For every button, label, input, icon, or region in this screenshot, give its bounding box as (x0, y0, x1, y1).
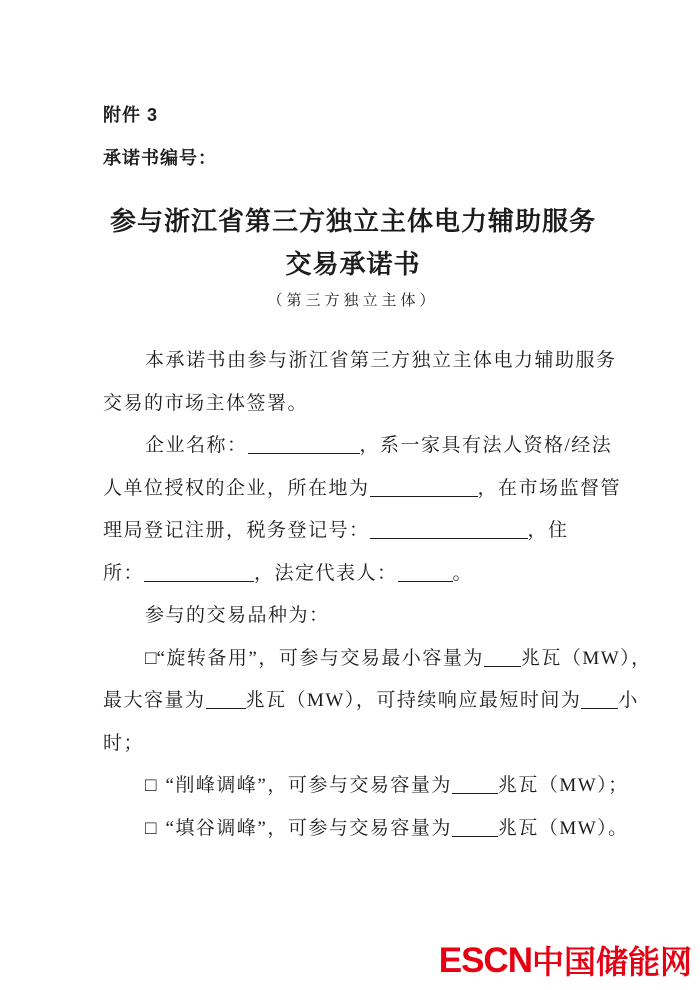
option-valley-filling-line: □“填谷调峰”，可参与交易容量为兆瓦（MW）。 (103, 808, 603, 851)
escn-logo-cjk: 中国储能网 (532, 944, 692, 980)
escn-logo-latin: ESCN (439, 941, 532, 980)
document-title-line1: 参与浙江省第三方独立主体电力辅助服务 (103, 200, 603, 243)
spinning-reserve-checkbox-icon: □ (145, 648, 156, 669)
escn-logo: ESCN中国储能网 (439, 943, 692, 978)
company-name-line: 企业名称：，系一家具有法人资格/经法 (103, 425, 603, 468)
document-content: 附件 3 承诺书编号： 参与浙江省第三方独立主体电力辅助服务 交易承诺书 （第三… (103, 0, 603, 850)
residence-blank (144, 580, 254, 582)
option-peak-shaving-line: □“削峰调峰”，可参与交易容量为兆瓦（MW）； (103, 765, 603, 808)
tax-id-label: 理局登记注册，税务登记号： (103, 520, 370, 541)
spinning-duration-blank (581, 707, 618, 709)
spinning-max-capacity-label: 最大容量为 (103, 690, 206, 711)
legal-representative-line: 所：，法定代表人：。 (103, 553, 603, 596)
company-name-blank (248, 452, 360, 454)
attachment-label: 附件 3 (103, 94, 603, 137)
legal-representative-blank (398, 580, 453, 582)
spinning-min-capacity-blank (484, 665, 521, 667)
document-title: 参与浙江省第三方独立主体电力辅助服务 交易承诺书 (103, 200, 603, 286)
peak-shaving-checkbox-icon: □ (145, 775, 156, 796)
document-subtitle: （第三方独立主体） (103, 286, 603, 316)
tax-id-blank (370, 537, 528, 539)
peak-shaving-text: “削峰调峰”，可参与交易容量为 (165, 775, 451, 796)
registration-text: ，在市场监督管 (478, 478, 622, 499)
valley-filling-capacity-blank (452, 835, 498, 837)
legal-representative-label: ，法定代表人： (254, 563, 398, 584)
valley-filling-text: “填谷调峰”，可参与交易容量为 (165, 818, 451, 839)
spinning-reserve-text: “旋转备用”，可参与交易最小容量为 (156, 648, 483, 669)
location-label: 人单位授权的企业，所在地为 (103, 478, 370, 499)
residence-text-start: ，住 (528, 520, 569, 541)
company-name-label: 企业名称： (145, 435, 248, 456)
spinning-hour-text: 小 (618, 690, 639, 711)
valley-filling-mw-text: 兆瓦（MW）。 (498, 818, 629, 839)
intro-line2: 交易的市场主体签署。 (103, 383, 603, 426)
doc-number-label: 承诺书编号： (103, 137, 603, 180)
valley-filling-checkbox-icon: □ (145, 818, 156, 839)
spinning-duration-text: 兆瓦（MW），可持续响应最短时间为 (246, 690, 582, 711)
peak-shaving-capacity-blank (452, 792, 498, 794)
document-body: 本承诺书由参与浙江省第三方独立主体电力辅助服务 交易的市场主体签署。 企业名称：… (103, 340, 603, 850)
spinning-mw-text1: 兆瓦（MW）， (521, 648, 652, 669)
company-qualification-text: ，系一家具有法人资格/经法 (360, 435, 613, 456)
document-title-line2: 交易承诺书 (103, 243, 603, 286)
residence-label: 所： (103, 563, 144, 584)
tax-id-line: 理局登记注册，税务登记号：，住 (103, 510, 603, 553)
document-page: 附件 3 承诺书编号： 参与浙江省第三方独立主体电力辅助服务 交易承诺书 （第三… (0, 0, 700, 990)
intro-line1: 本承诺书由参与浙江省第三方独立主体电力辅助服务 (103, 340, 603, 383)
period-text: 。 (453, 563, 474, 584)
spinning-max-capacity-blank (206, 707, 246, 709)
option-spinning-reserve-line2: 最大容量为兆瓦（MW），可持续响应最短时间为小 (103, 680, 603, 723)
trade-types-heading: 参与的交易品种为： (103, 595, 603, 638)
peak-shaving-mw-text: 兆瓦（MW）； (498, 775, 629, 796)
option-spinning-reserve-line3: 时； (103, 723, 603, 766)
option-spinning-reserve-line1: □“旋转备用”，可参与交易最小容量为兆瓦（MW）， (103, 638, 603, 681)
location-blank (370, 495, 478, 497)
company-location-line: 人单位授权的企业，所在地为，在市场监督管 (103, 468, 603, 511)
